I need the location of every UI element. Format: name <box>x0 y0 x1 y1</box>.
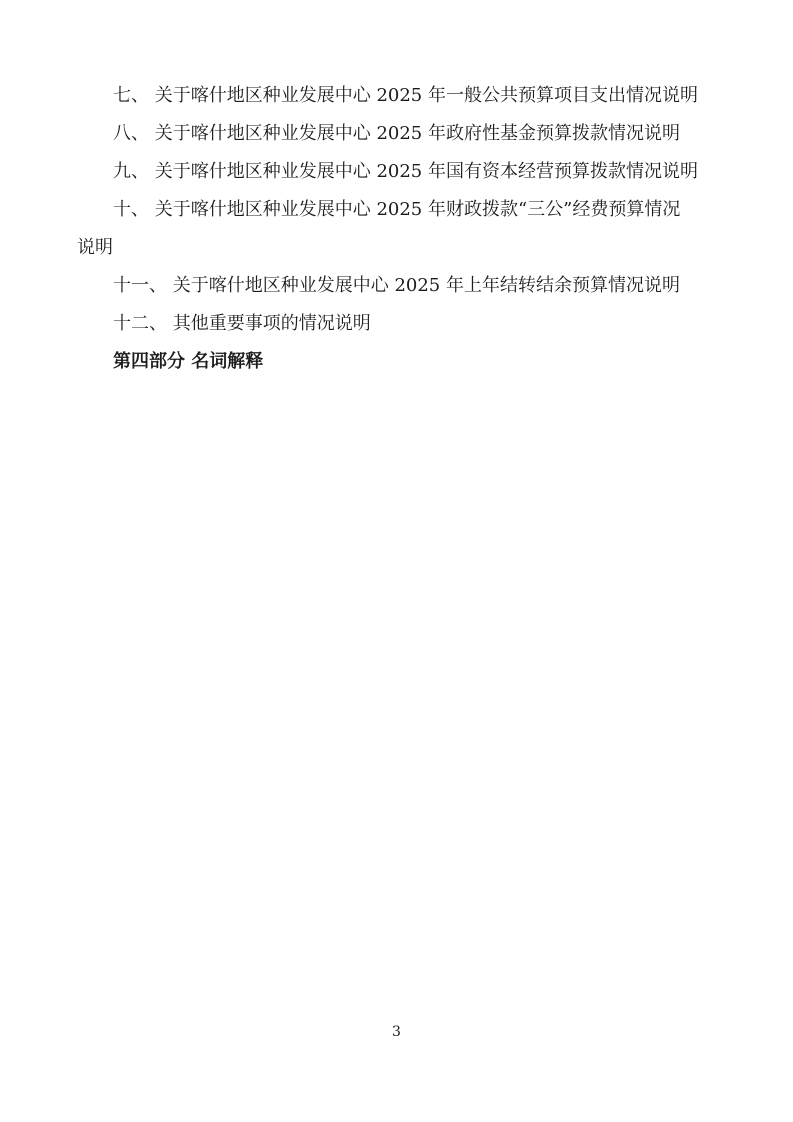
toc-item-9: 九、 关于喀什地区种业发展中心 2025 年国有资本经营预算拨款情况说明 <box>77 153 717 191</box>
toc-item-7: 七、 关于喀什地区种业发展中心 2025 年一般公共预算项目支出情况说明 <box>77 77 717 115</box>
document-page: 七、 关于喀什地区种业发展中心 2025 年一般公共预算项目支出情况说明 八、 … <box>0 0 793 1122</box>
page-number: 3 <box>392 1024 401 1040</box>
toc-item-10-continuation: 说明 <box>77 229 717 267</box>
toc-item-8: 八、 关于喀什地区种业发展中心 2025 年政府性基金预算拨款情况说明 <box>77 115 717 153</box>
toc-item-11: 十一、 关于喀什地区种业发展中心 2025 年上年结转结余预算情况说明 <box>77 267 717 305</box>
toc-content: 七、 关于喀什地区种业发展中心 2025 年一般公共预算项目支出情况说明 八、 … <box>77 77 717 381</box>
section-heading: 第四部分 名词解释 <box>77 343 717 381</box>
toc-item-10: 十、 关于喀什地区种业发展中心 2025 年财政拨款“三公”经费预算情况 <box>77 191 717 229</box>
toc-item-12: 十二、 其他重要事项的情况说明 <box>77 305 717 343</box>
page-footer: 3 <box>0 1022 793 1042</box>
